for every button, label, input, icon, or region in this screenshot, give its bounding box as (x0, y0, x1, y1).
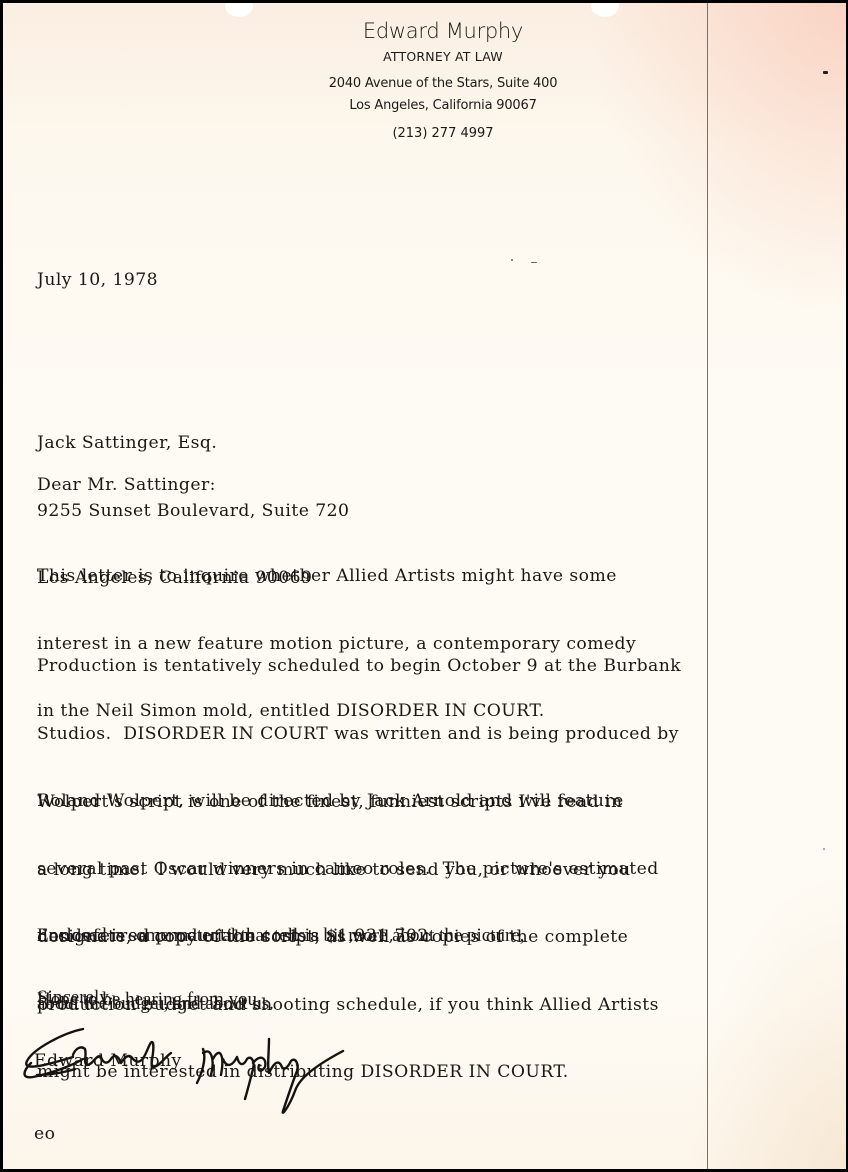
paragraph-line: Production is tentatively scheduled to b… (37, 655, 681, 678)
letterhead-name: Edward Murphy (293, 19, 593, 43)
letterhead-address-line1: 2040 Avenue of the Stars, Suite 400 (293, 73, 593, 95)
punch-hole (225, 3, 253, 17)
paper-speck (823, 848, 825, 850)
letterhead-phone: (213) 277 4997 (293, 126, 593, 141)
paper-speck (823, 71, 828, 74)
letterhead-address-line2: Los Angeles, California 90067 (293, 95, 593, 117)
letterhead: Edward Murphy ATTORNEY AT LAW 2040 Avenu… (293, 19, 593, 141)
paragraph-line: This letter is to inquire whether Allied… (37, 565, 636, 588)
letter-date: July 10, 1978 (37, 269, 158, 292)
fold-line (707, 3, 708, 1169)
typist-initials: eo (34, 1123, 55, 1146)
recipient-address-line1: 9255 Sunset Boulevard, Suite 720 (37, 500, 349, 523)
letterhead-title: ATTORNEY AT LAW (293, 49, 593, 64)
paragraph-line: Wolpert's script is one of the finest, f… (37, 791, 659, 814)
paragraph-line: a long time. I would very much like to s… (37, 859, 659, 882)
paragraph-line: Studios. DISORDER IN COURT was written a… (37, 723, 681, 746)
letterhead-address: 2040 Avenue of the Stars, Suite 400 Los … (293, 73, 593, 117)
paper-speck (511, 259, 513, 261)
salutation: Dear Mr. Sattinger: (37, 474, 216, 497)
signature-name: Edward Murphy (34, 1050, 182, 1073)
recipient-name: Jack Sattinger, Esq. (37, 432, 349, 455)
punch-hole (591, 3, 619, 17)
paper-speck (531, 262, 537, 263)
closing: Sincerely, (37, 987, 112, 1010)
letter-page: Edward Murphy ATTORNEY AT LAW 2040 Avenu… (3, 3, 846, 1169)
